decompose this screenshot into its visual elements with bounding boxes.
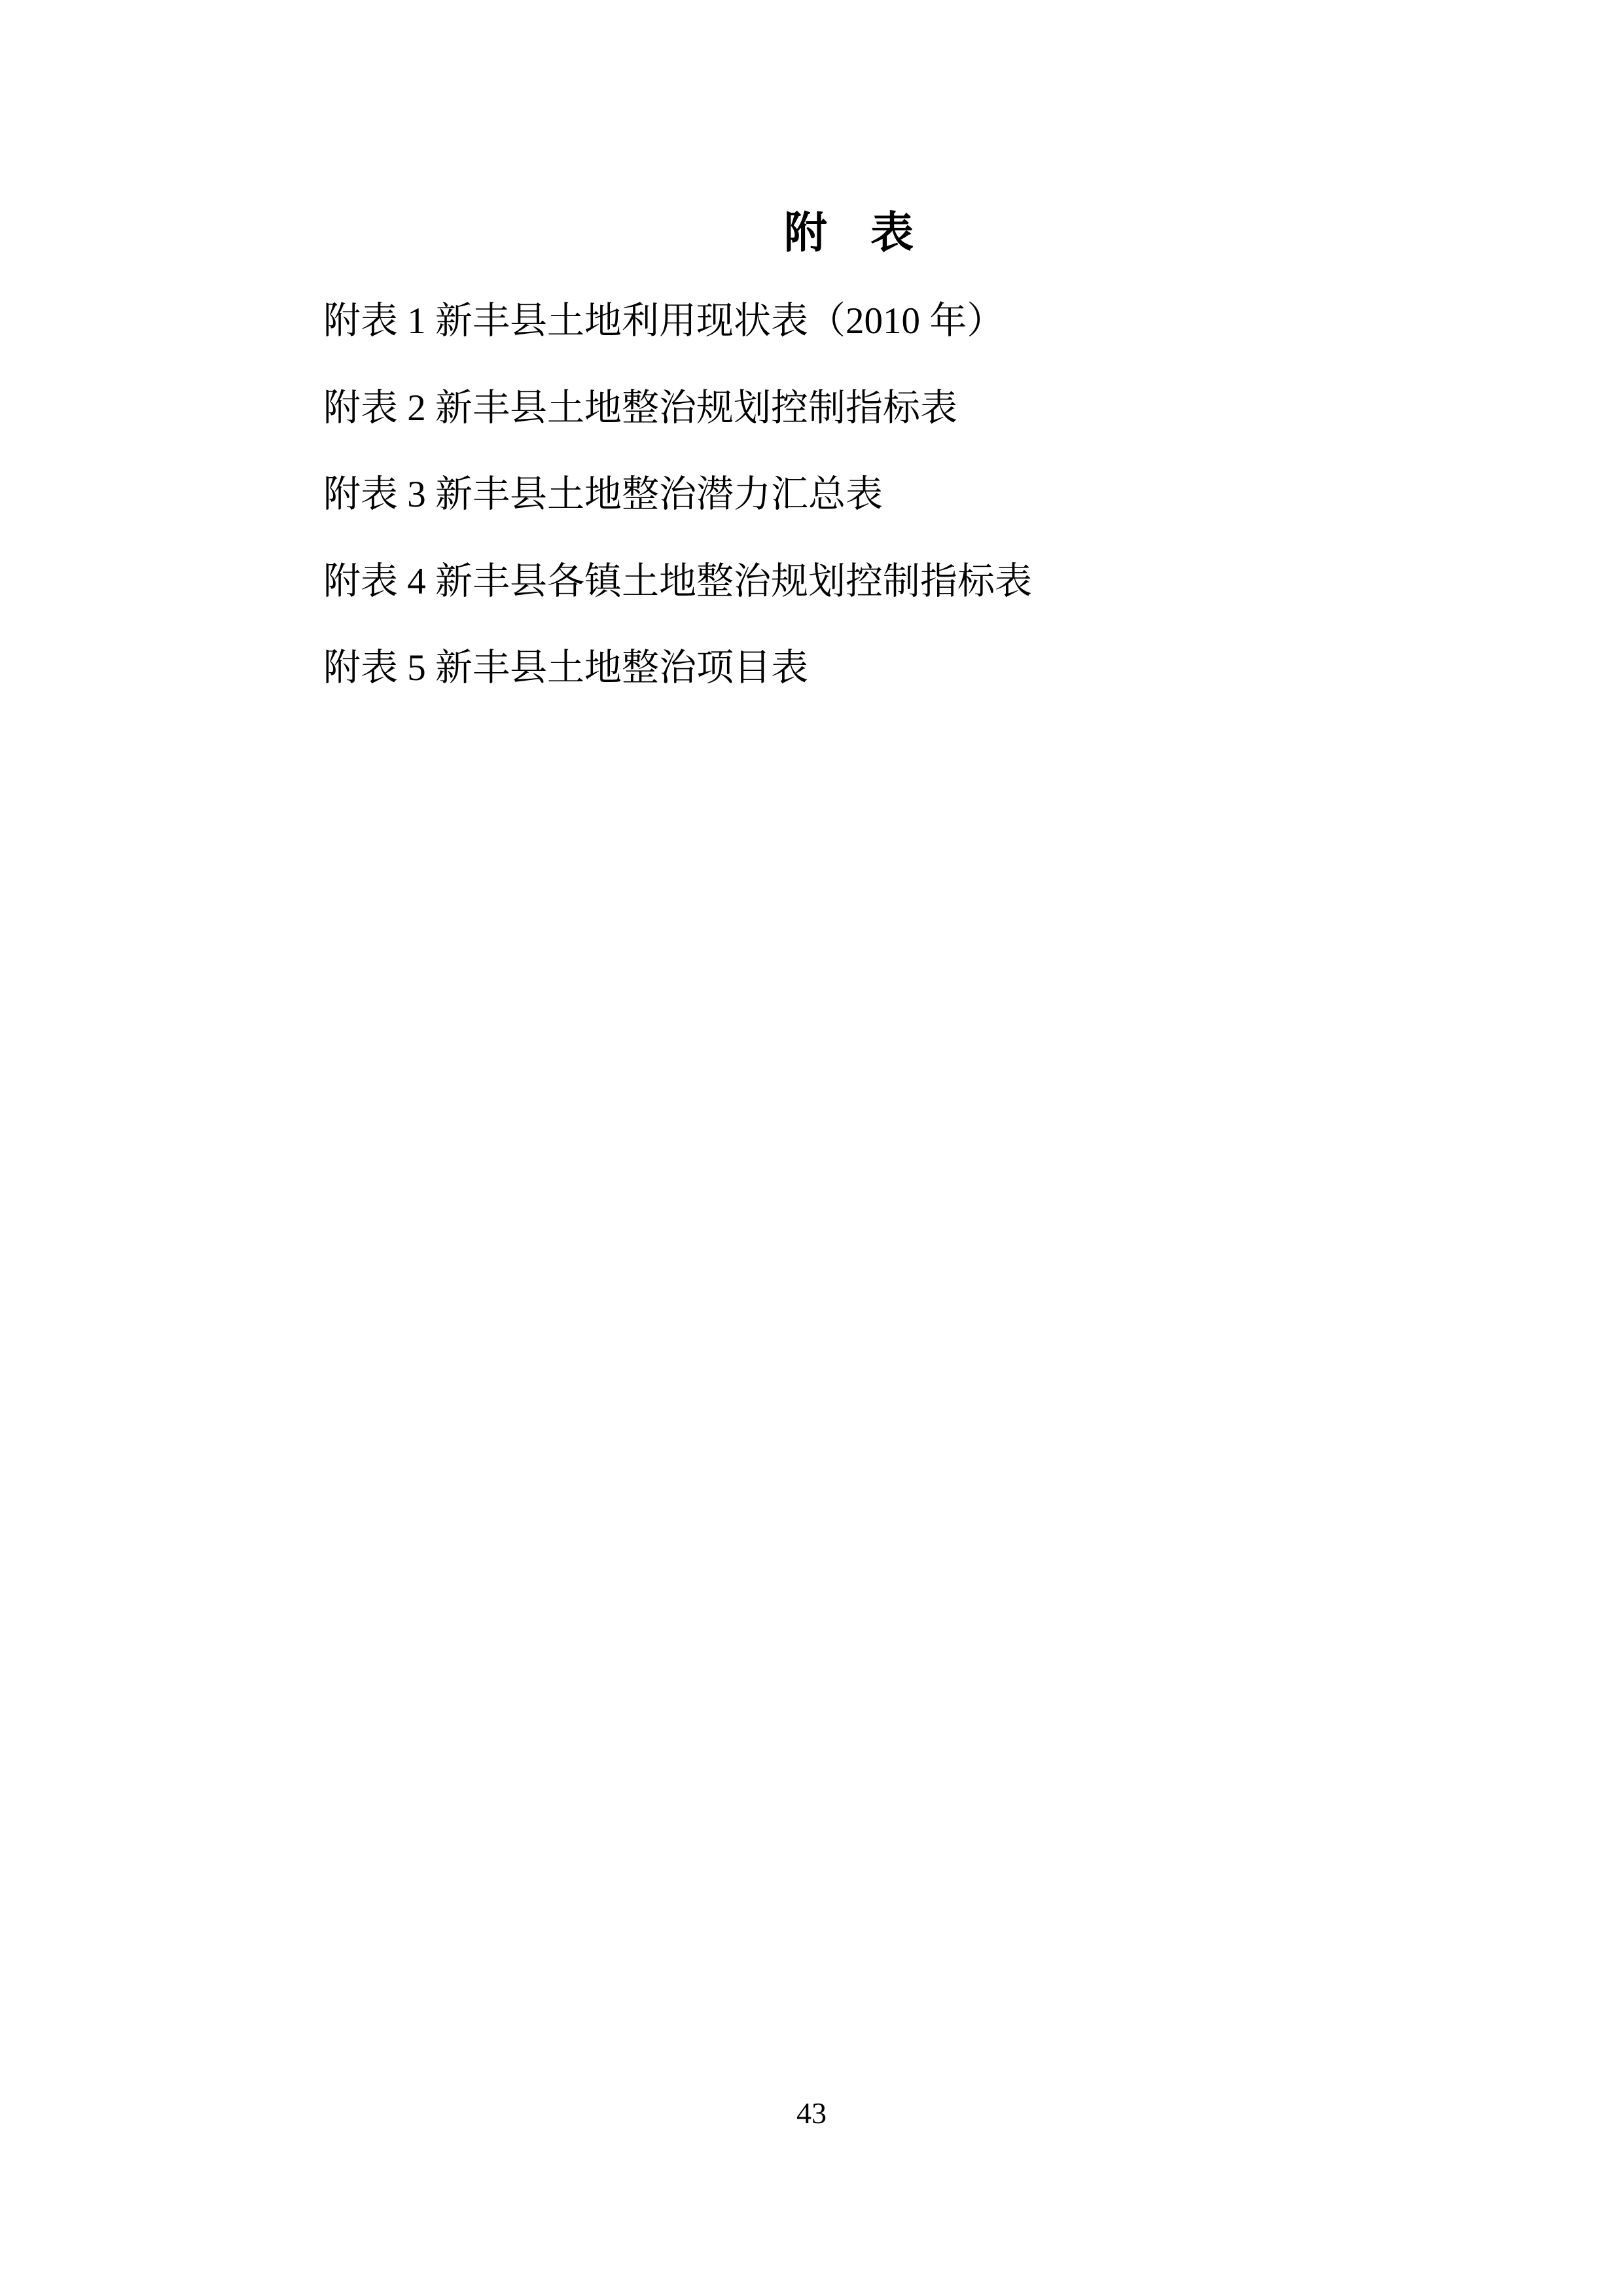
appendix-table-list: 附表 1 新丰县土地利用现状表（2010 年） 附表 2 新丰县土地整治规划控制… [323,278,1032,712]
document-page: 附 表 附表 1 新丰县土地利用现状表（2010 年） 附表 2 新丰县土地整治… [0,0,1623,2296]
list-item-appendix-5: 附表 5 新丰县土地整治项目表 [323,625,1032,712]
page-footer: 43 [0,2098,1623,2128]
list-item-appendix-4: 附表 4 新丰县各镇土地整治规划控制指标表 [323,539,1032,626]
list-item-appendix-3: 附表 3 新丰县土地整治潜力汇总表 [323,452,1032,539]
page-number: 43 [796,2096,827,2130]
list-item-appendix-2: 附表 2 新丰县土地整治规划控制指标表 [323,365,1032,452]
list-item-appendix-1: 附表 1 新丰县土地利用现状表（2010 年） [323,278,1032,365]
page-title: 附 表 [784,212,914,255]
